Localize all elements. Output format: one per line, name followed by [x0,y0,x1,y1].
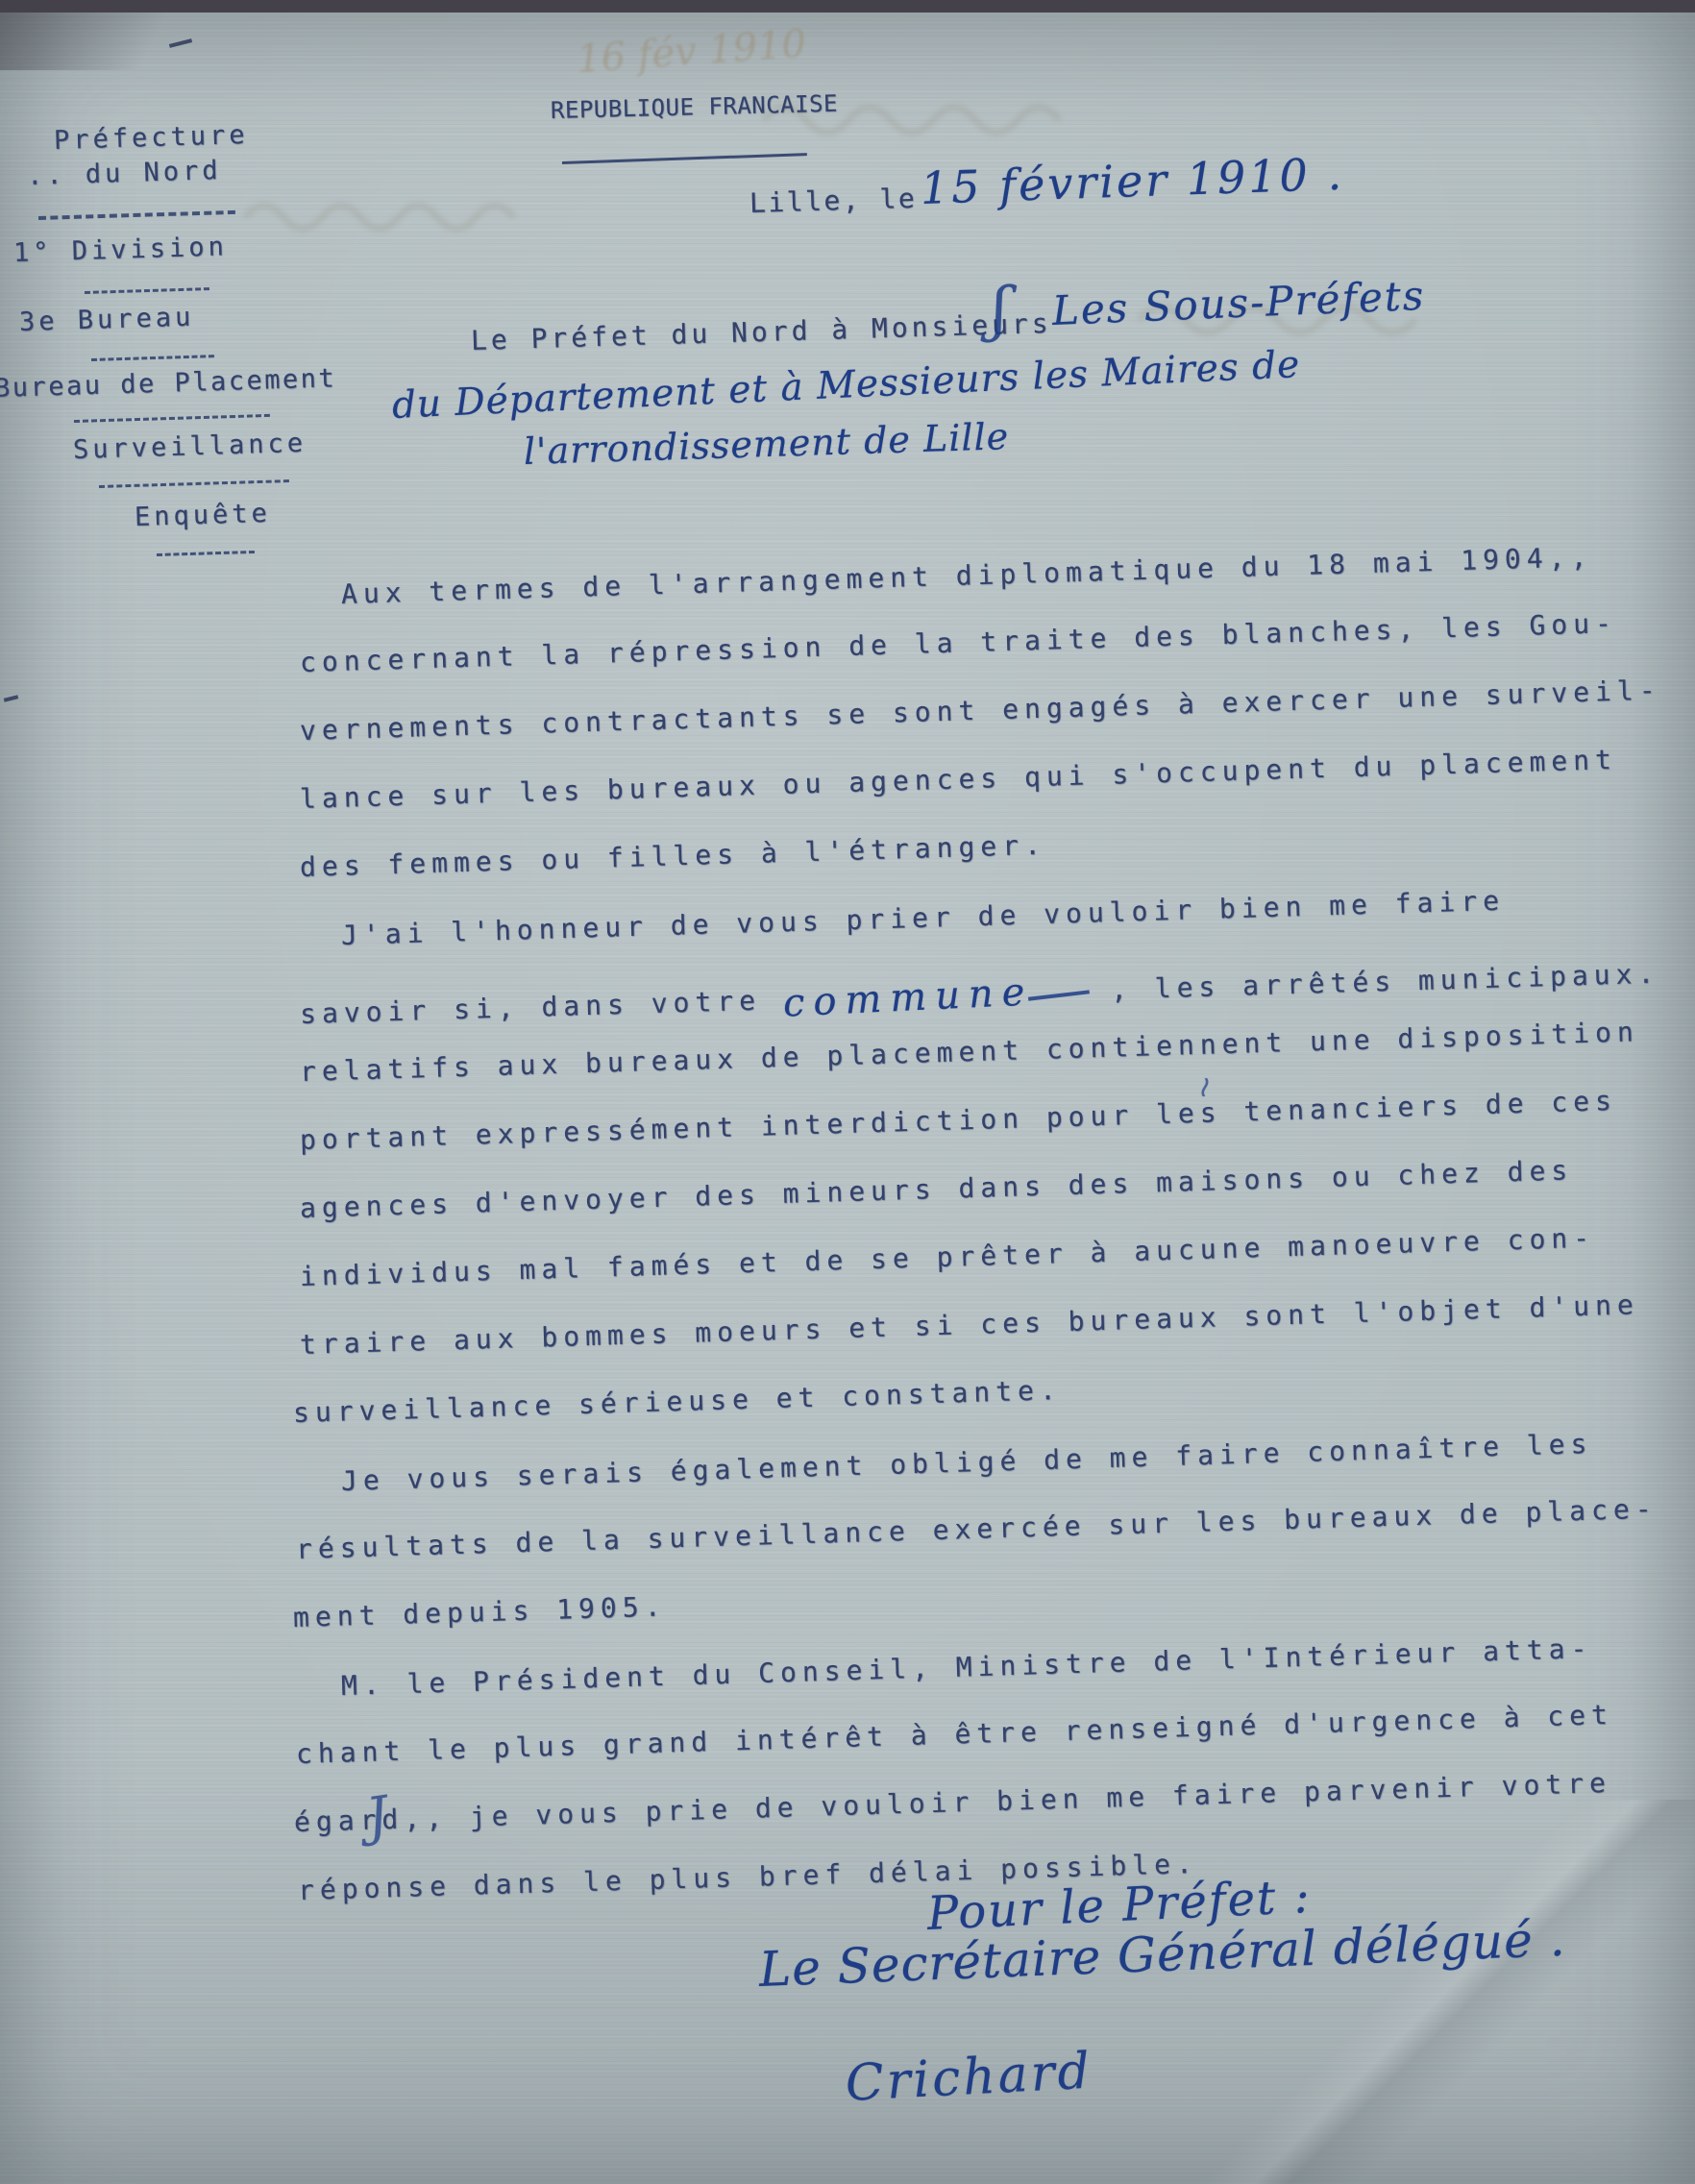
salutation-hand-line3: l'arrondissement de Lille [523,418,1009,470]
dashed-rule [85,287,209,294]
body-line: chant le plus grand intérêt à être rense… [295,1699,1613,1771]
body-line: surveillance sérieuse et constante. [292,1374,1062,1430]
body-line: M. le Président du Conseil, Ministre de … [340,1632,1592,1703]
letterhead-enquete: Enquête [135,499,272,534]
letterhead-du-nord: .. du Nord [27,156,222,192]
body-line-segment: , les arrêtés municipaux. [1089,958,1660,1007]
body-line: traire aux bommes moeurs et si ces burea… [299,1288,1639,1361]
letterhead-surveillance: Surveillance [73,429,307,467]
body-line: portant expressément interdiction pour l… [299,1085,1617,1157]
dashed-rule [74,414,270,423]
body-line: concernant la répression de la traite de… [299,607,1617,679]
letter-paper: 16 fév 1910 Préfecture .. du Nord 1° Div… [0,12,1695,2184]
hand-insertion-mark: ≀ [1197,1073,1208,1102]
body-line: J'ai l'honneur de vous prier de vouloir … [340,885,1505,952]
photographed-letter: { "document_type": "Scanned archival let… [0,0,1695,2184]
letterhead-placement: Bureau de Placement [0,363,337,405]
body-line: individus mal famés et de se prêter à au… [299,1222,1595,1293]
body-line: des femmes ou filles à l'étranger. [299,829,1046,884]
signature: Crichard [845,2047,1093,2109]
letterhead-prefecture: Préfecture [54,120,249,157]
bleed-through-mark [240,190,557,240]
dashed-rule [157,551,255,556]
salutation-hand-line2: du Département et à Messieurs les Maires… [391,346,1301,425]
paper-crease [1195,1800,1695,2184]
dashed-rule [99,479,289,488]
body-line: vernements contractants se sont engagés … [299,674,1661,747]
body-line: Aux termes de l'arrangement diplomatique… [340,541,1592,611]
hand-word-commune: commune [782,967,1090,1027]
letterhead-division: 1° Division [13,232,229,269]
body-line: ment depuis 1905. [292,1590,666,1633]
pen-tick [4,695,19,702]
salutation-typed: Le Préfet du Nord à Monsieurs [470,307,1052,357]
dashed-rule [91,355,214,361]
body-line-segment: savoir si, dans votre [300,984,784,1030]
title-underline [562,153,807,164]
letterhead-bureau: 3e Bureau [19,303,195,339]
ghost-date-note: 16 fév 1910 [576,22,808,83]
body-line: résultats de la surveillance exercée sur… [295,1492,1658,1565]
dashed-rule [38,210,235,220]
body-line: Je vous serais également obligé de me fa… [340,1428,1592,1498]
place-date-typed: Lille, le [749,183,917,220]
body-line: agences d'envoyer des mineurs dans des m… [299,1154,1573,1224]
body-line: lance sur les bureaux ou agences qui s'o… [299,744,1617,816]
hand-flourish-mark: ʃ [992,280,1008,339]
date-handwritten: 15 février 1910 . [920,152,1345,210]
